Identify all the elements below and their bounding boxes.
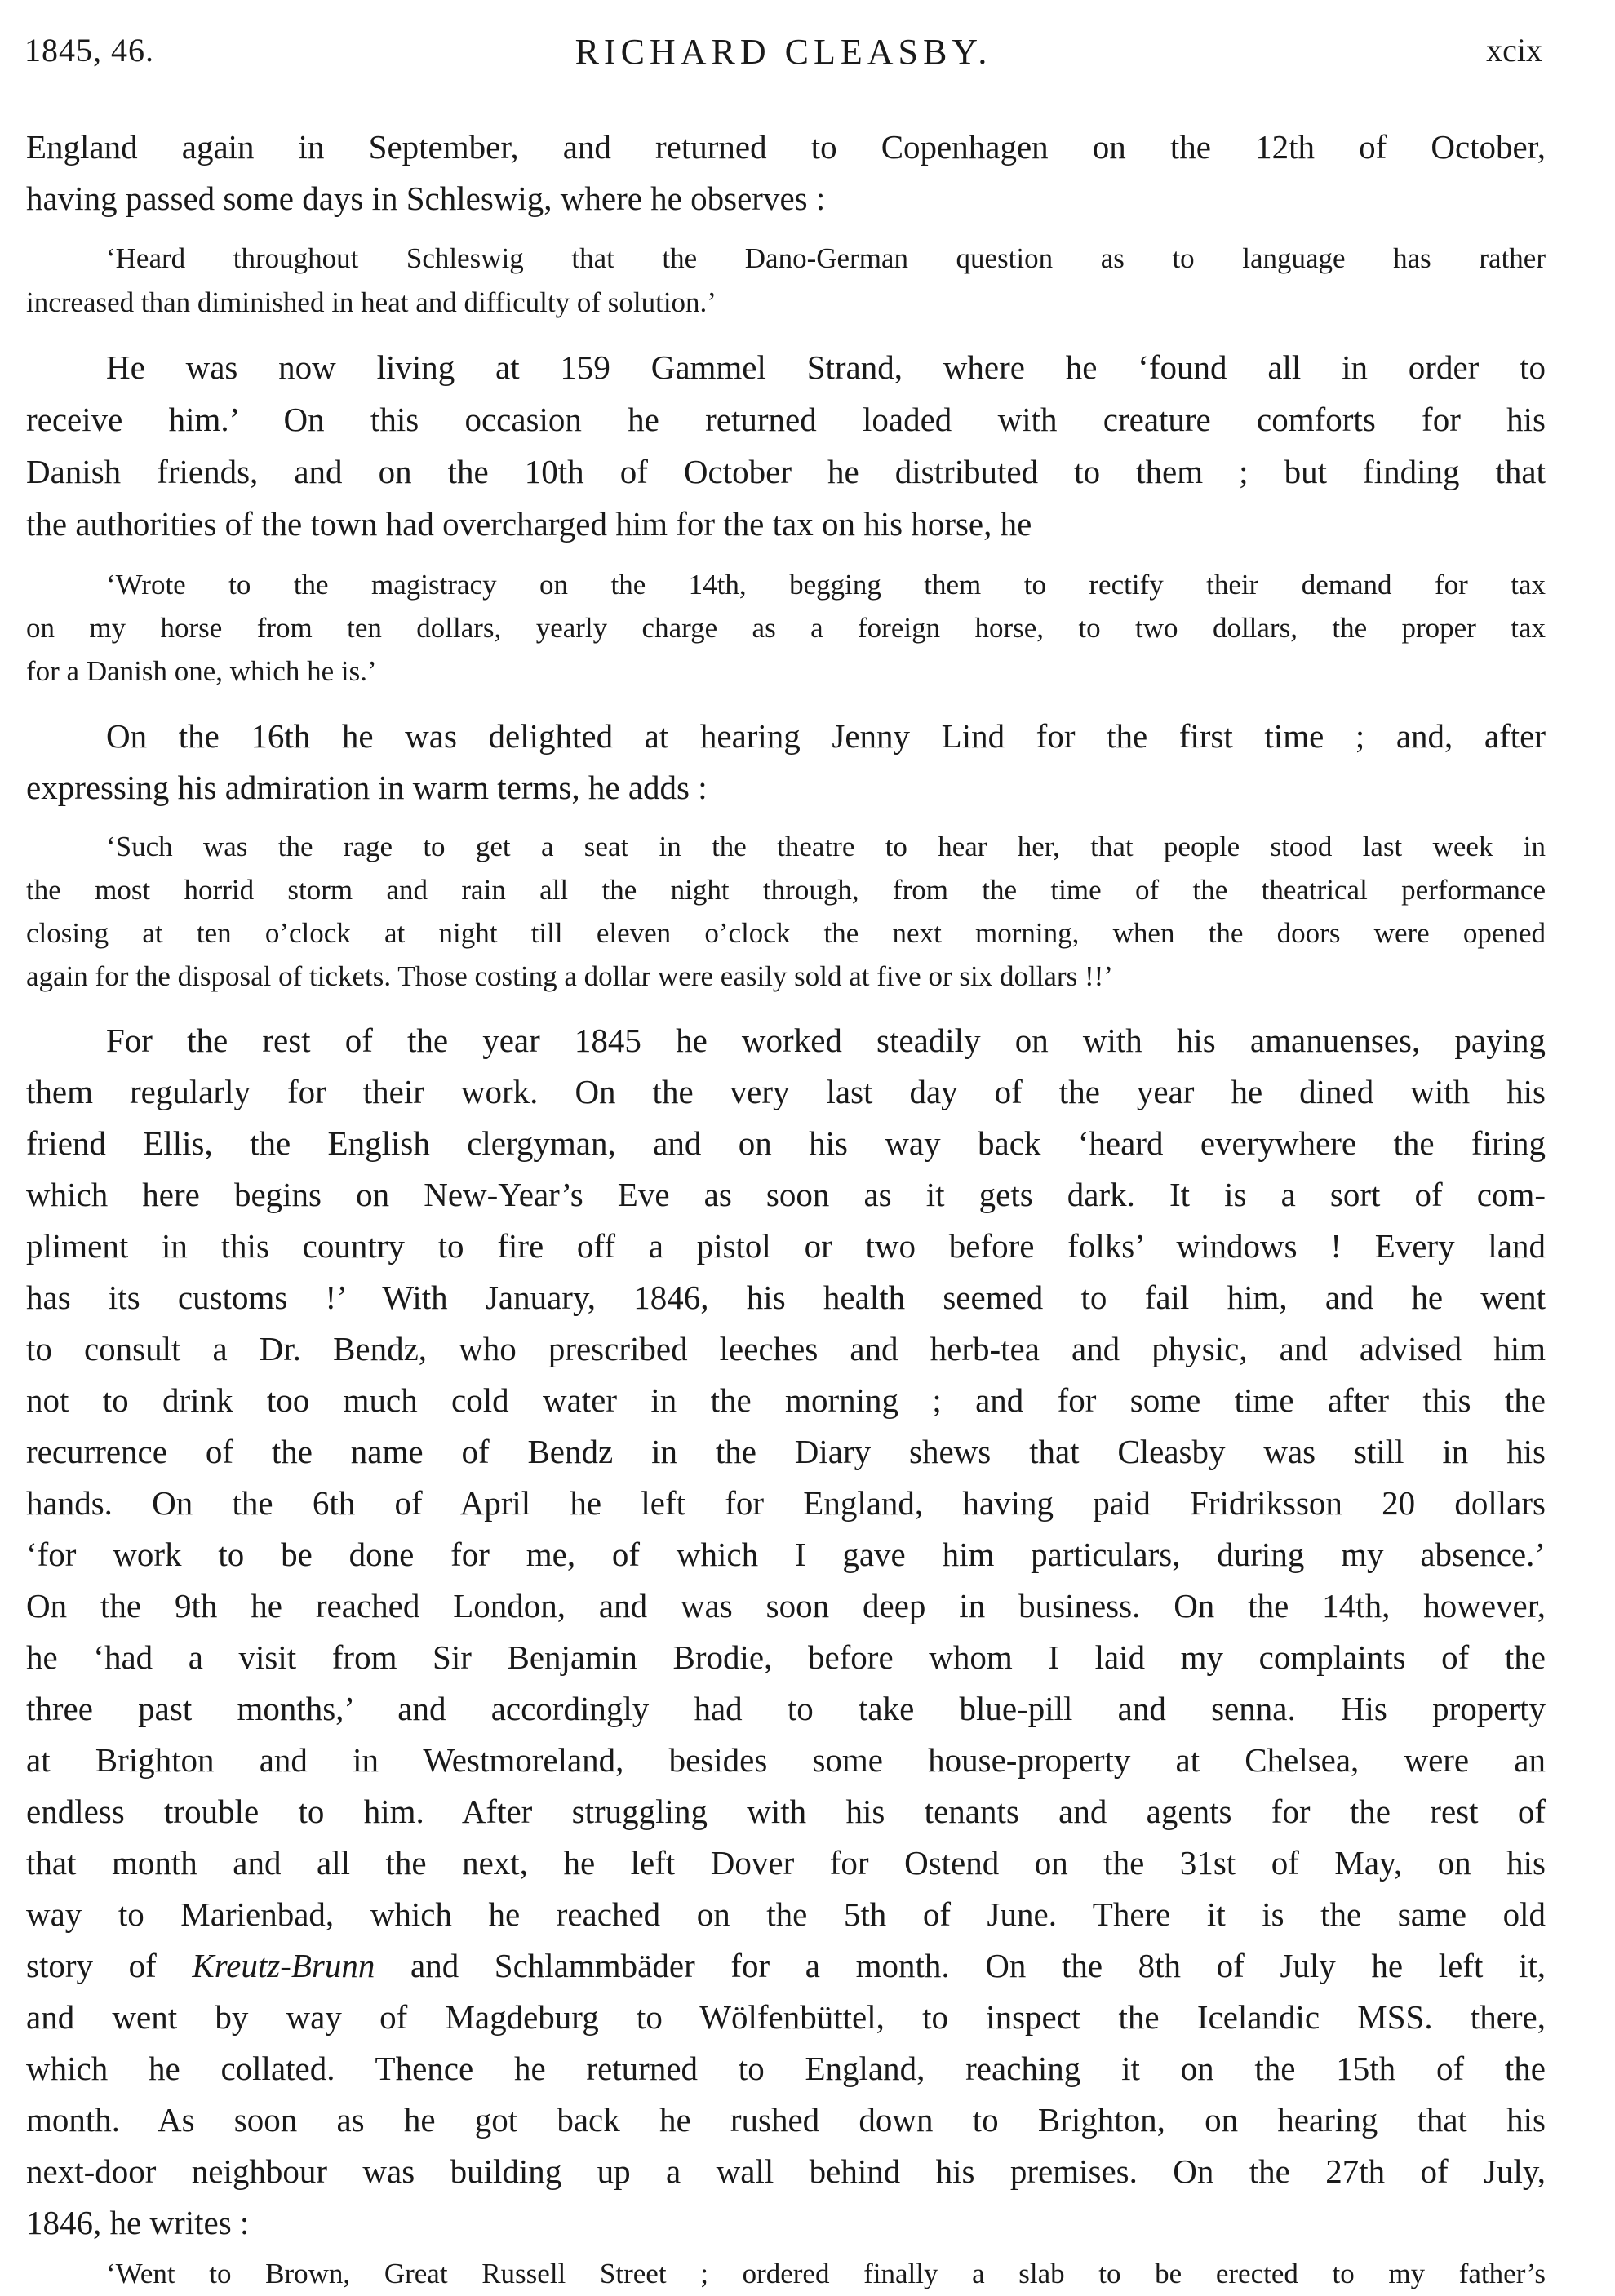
paragraph-line: having passed some days in Schleswig, wh…: [26, 174, 1546, 223]
paragraph-line: that month and all the next, he left Dov…: [26, 1838, 1546, 1887]
paragraph-line: ‘for work to be done for me, of which I …: [26, 1530, 1546, 1579]
paragraph-line: expressing his admiration in warm terms,…: [26, 763, 1546, 812]
paragraph-line: endless trouble to him. After struggling…: [26, 1787, 1546, 1836]
paragraph-line: hands. On the 6th of April he left for E…: [26, 1478, 1546, 1527]
quotation-line: ‘Wrote to the magistracy on the 14th, be…: [106, 565, 1546, 605]
paragraph-line: month. As soon as he got back he rushed …: [26, 2095, 1546, 2144]
paragraph-line: at Brighton and in Westmoreland, besides…: [26, 1735, 1546, 1784]
running-head-title: RICHARD CLEASBY.: [24, 31, 1542, 73]
italic-term: Kreutz-Brunn: [192, 1947, 375, 1984]
paragraph-line: not to drink too much cold water in the …: [26, 1376, 1546, 1425]
paragraph-line: them regularly for their work. On the ve…: [26, 1067, 1546, 1116]
paragraph-line: he ‘had a visit from Sir Benjamin Brodie…: [26, 1633, 1546, 1682]
paragraph-line: Danish friends, and on the 10th of Octob…: [26, 447, 1546, 496]
paragraph-line: which he collated. Thence he returned to…: [26, 2044, 1546, 2093]
paragraph-line: which here begins on New-Year’s Eve as s…: [26, 1170, 1546, 1219]
quotation-line: closing at ten o’clock at night till ele…: [26, 913, 1546, 954]
paragraph-line: For the rest of the year 1845 he worked …: [106, 1016, 1546, 1065]
paragraph-line: On the 9th he reached London, and was so…: [26, 1581, 1546, 1630]
paragraph-line: receive him.’ On this occasion he return…: [26, 395, 1546, 444]
quotation-line: increased than diminished in heat and di…: [26, 282, 1546, 323]
paragraph-line: recurrence of the name of Bendz in the D…: [26, 1427, 1546, 1476]
quotation-line: again for the disposal of tickets. Those…: [26, 956, 1546, 997]
paragraph-line: the authorities of the town had overchar…: [26, 499, 1546, 548]
paragraph-line: way to Marienbad, which he reached on th…: [26, 1890, 1546, 1939]
paragraph-line: and went by way of Magdeburg to Wölfenbü…: [26, 1992, 1546, 2041]
quotation-line: ‘Heard throughout Schleswig that the Dan…: [106, 238, 1546, 279]
paragraph-line: three past months,’ and accordingly had …: [26, 1684, 1546, 1733]
paragraph-line: friend Ellis, the English clergyman, and…: [26, 1119, 1546, 1168]
page-number: xcix: [1486, 31, 1542, 69]
paragraph-line: pliment in this country to fire off a pi…: [26, 1221, 1546, 1270]
paragraph-line: 1846, he writes :: [26, 2198, 1546, 2247]
book-page: 1845, 46. RICHARD CLEASBY. xcix England …: [0, 0, 1615, 2296]
paragraph-line: to consult a Dr. Bendz, who prescribed l…: [26, 1324, 1546, 1373]
quotation-line: on my horse from ten dollars, yearly cha…: [26, 608, 1546, 649]
paragraph-line: story of Kreutz-Brunn and Schlammbäder f…: [26, 1941, 1546, 1990]
paragraph-line: England again in September, and returned…: [26, 122, 1546, 171]
quotation-line: ‘Went to Brown, Great Russell Street ; o…: [106, 2254, 1546, 2294]
paragraph-line: On the 16th he was delighted at hearing …: [106, 711, 1546, 760]
paragraph-line: next-door neighbour was building up a wa…: [26, 2147, 1546, 2196]
paragraph-line: has its customs !’ With January, 1846, h…: [26, 1273, 1546, 1322]
quotation-line: the most horrid storm and rain all the n…: [26, 870, 1546, 911]
quotation-line: ‘Such was the rage to get a seat in the …: [106, 827, 1546, 867]
paragraph-line: He was now living at 159 Gammel Strand, …: [106, 343, 1546, 392]
running-head: 1845, 46. RICHARD CLEASBY. xcix: [24, 31, 1542, 80]
quotation-line: for a Danish one, which he is.’: [26, 651, 1546, 692]
